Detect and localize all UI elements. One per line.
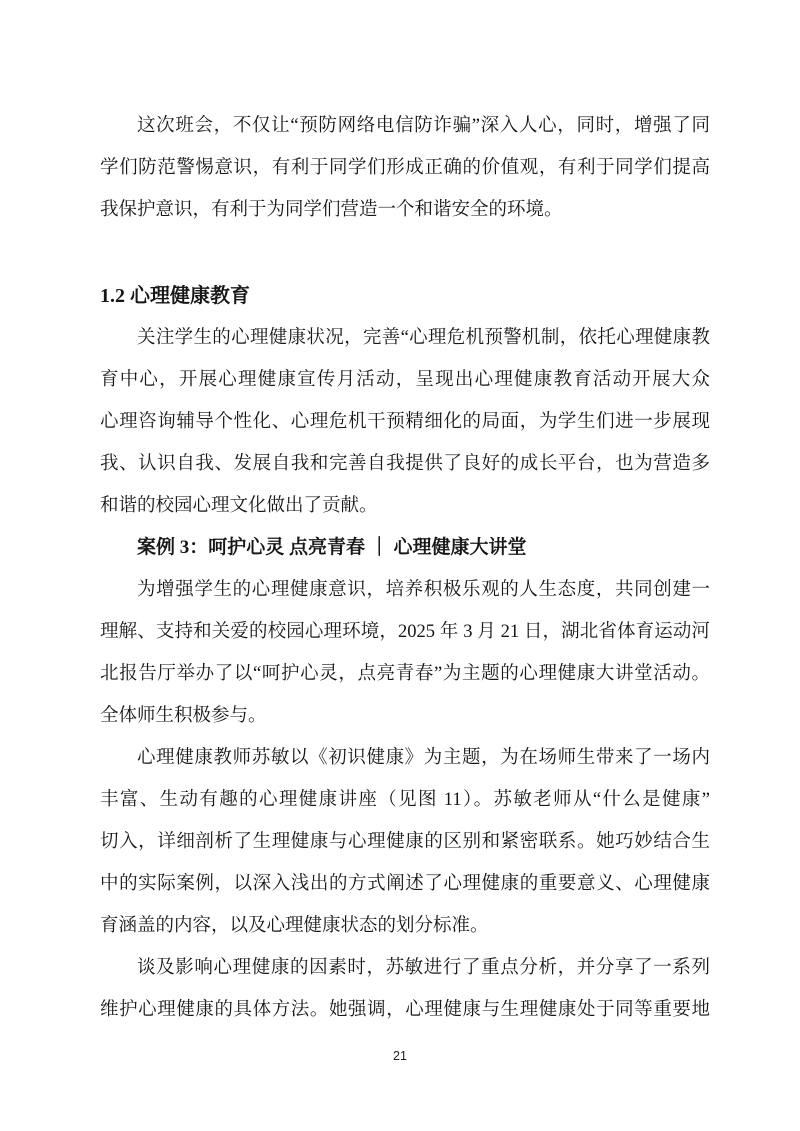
text-line: 切入，详细剖析了生理健康与心理健康的区别和紧密联系。她巧妙结合生活 [100, 821, 710, 863]
text-line: 我、认识自我、发展自我和完善自我提供了良好的成长平台，也为营造多彩、 [100, 443, 710, 485]
text-line: 育涵盖的内容，以及心理健康状态的划分标准。 [100, 905, 710, 947]
section-heading: 1.2 心理健康教育 [100, 275, 710, 317]
document-page: 这次班会，不仅让“预防网络电信防诈骗”深入人心，同时，增强了同学们防范警惕意识，… [0, 0, 800, 1131]
document-content: 这次班会，不仅让“预防网络电信防诈骗”深入人心，同时，增强了同学们防范警惕意识，… [100, 105, 710, 1031]
case-heading: 案例 3：呵护心灵 点亮青春 ｜ 心理健康大讲堂 [100, 527, 710, 569]
text-line: 和谐的校园心理文化做出了贡献。 [100, 485, 710, 527]
text-line: 心理健康教师苏敏以《初识健康》为主题，为在场师生带来了一场内容 [100, 737, 710, 779]
text-line: 谈及影响心理健康的因素时，苏敏进行了重点分析，并分享了一系列 [100, 947, 710, 989]
text-line: 育中心，开展心理健康宣传月活动，呈现出心理健康教育活动开展大众化、 [100, 359, 710, 401]
text-line: 中的实际案例，以深入浅出的方式阐述了心理健康的重要意义、心理健康教 [100, 863, 710, 905]
text-line: 关注学生的心理健康状况，完善“心理危机预警机制，依托心理健康教 [100, 317, 710, 359]
page-number: 21 [0, 1046, 800, 1066]
text-line: 全体师生积极参与。 [100, 695, 710, 737]
text-line: 为增强学生的心理健康意识，培养积极乐观的人生态度，共同创建一个 [100, 569, 710, 611]
text-line: 丰富、生动有趣的心理健康讲座（见图 11）。苏敏老师从“什么是健康” [100, 779, 710, 821]
text-line: 北报告厅举办了以“呵护心灵，点亮青春”为主题的心理健康大讲堂活动。 [100, 653, 710, 695]
text-line: 我保护意识，有利于为同学们营造一个和谐安全的环境。 [100, 189, 710, 231]
text-line: 学们防范警惕意识，有利于同学们形成正确的价值观，有利于同学们提高自 [100, 147, 710, 189]
text-line: 维护心理健康的具体方法。她强调，心理健康与生理健康处于同等重要地位， [100, 989, 710, 1031]
text-line: 心理咨询辅导个性化、心理危机干预精细化的局面，为学生们进一步展现自 [100, 401, 710, 443]
text-line: 理解、支持和关爱的校园心理环境，2025 年 3 月 21 日，湖北省体育运动河 [100, 611, 710, 653]
text-line: 这次班会，不仅让“预防网络电信防诈骗”深入人心，同时，增强了同 [100, 105, 710, 147]
